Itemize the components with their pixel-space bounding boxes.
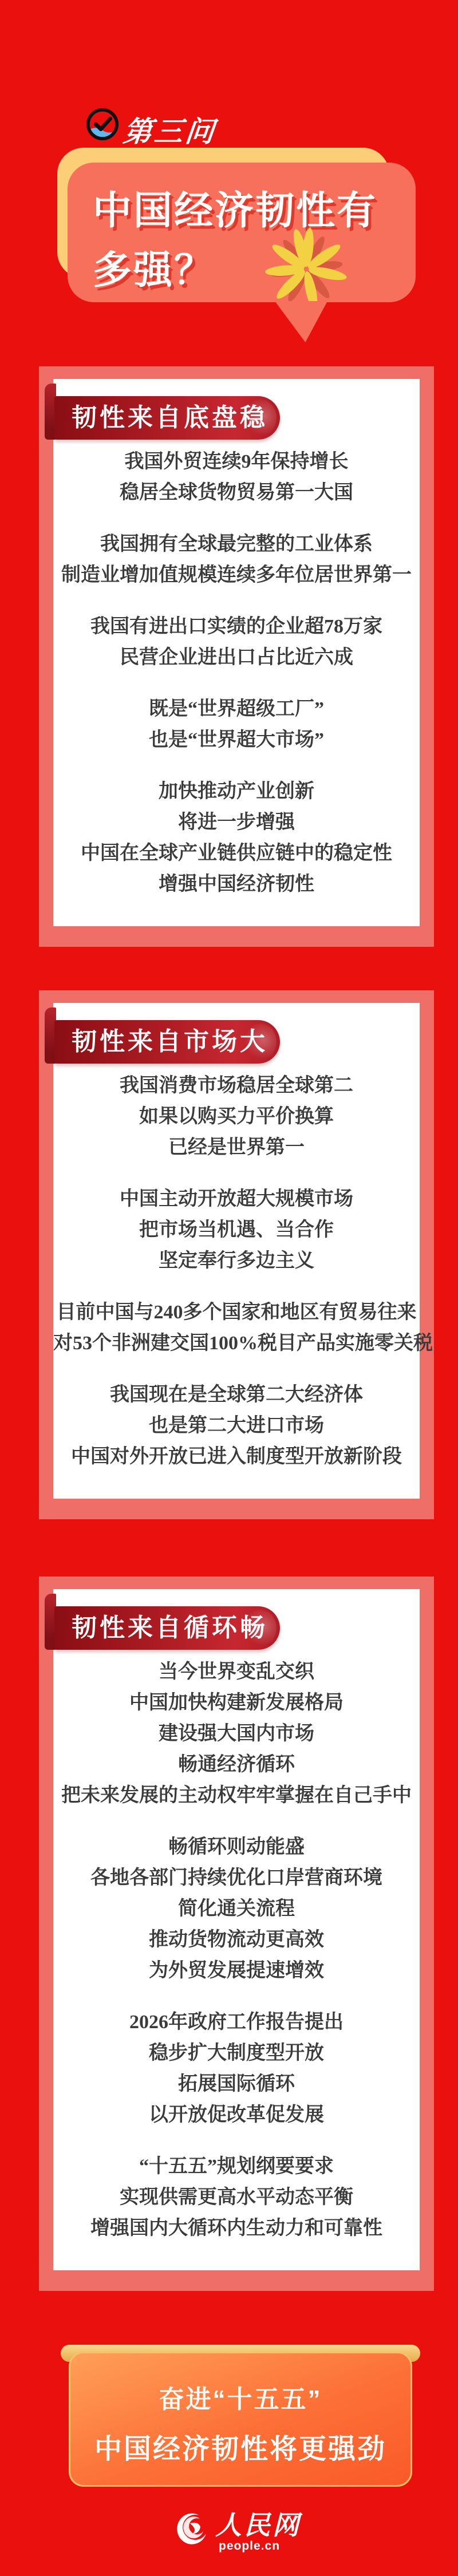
people-cn-logo: 人民网 people.cn: [173, 2511, 301, 2553]
text-group: 我国消费市场稳居全球第二如果以购买力平价换算已经是世界第一: [53, 1070, 420, 1163]
logo-text-block: 人民网 people.cn: [215, 2511, 301, 2553]
text-group: 我国外贸连续9年保持增长稳居全球货物贸易第一大国: [53, 447, 420, 508]
card-header-label: 韧性来自市场大: [72, 1020, 268, 1064]
text-line: 推动货物流动更高效: [53, 1925, 420, 1955]
text-line: 将进一步增强: [53, 807, 420, 838]
card-header-ribbon: 韧性来自循环畅: [54, 1606, 280, 1650]
text-line: 中国在全球产业链供应链中的稳定性: [53, 838, 420, 869]
page-title-line2: 多强？: [93, 239, 215, 295]
text-line: 各地各部门持续优化口岸营商环境: [53, 1863, 420, 1894]
text-group: 加快推动产业创新将进一步增强中国在全球产业链供应链中的稳定性增强中国经济韧性: [53, 776, 420, 900]
text-group: 既是“世界超级工厂”也是“世界超大市场”: [53, 694, 420, 756]
text-line: 我国消费市场稳居全球第二: [53, 1070, 420, 1101]
text-line: 简化通关流程: [53, 1894, 420, 1925]
text-group: 我国现在是全球第二大经济体也是第二大进口市场中国对外开放已进入制度型开放新阶段: [53, 1380, 420, 1472]
text-line: 实现供需更高水平动态平衡: [53, 2182, 420, 2213]
banner-line1: 奋进“十五五”: [70, 2379, 410, 2415]
text-group: 2026年政府工作报告提出稳步扩大制度型开放拓展国际循环以开放促改革促发展: [53, 2007, 420, 2131]
text-line: 畅循环则动能盛: [53, 1832, 420, 1863]
text-line: 以开放促改革促发展: [53, 2100, 420, 2131]
logo-brand-name: 人民网: [215, 2511, 301, 2539]
text-line: 增强中国经济韧性: [53, 869, 420, 900]
check-wave-icon: [86, 108, 119, 141]
text-line: 目前中国与240多个国家和地区有贸易往来: [53, 1297, 420, 1328]
text-line: “十五五”规划纲要要求: [53, 2151, 420, 2182]
conclusion-banner: 奋进“十五五” 中国经济韧性将更强劲: [69, 2352, 412, 2487]
card-resilience-foundation: 韧性来自底盘稳 我国外贸连续9年保持增长稳居全球货物贸易第一大国我国拥有全球最完…: [39, 366, 434, 947]
text-line: 我国外贸连续9年保持增长: [53, 447, 420, 477]
card-body: 我国外贸连续9年保持增长稳居全球货物贸易第一大国我国拥有全球最完整的工业体系制造…: [53, 447, 420, 900]
text-line: 稳步扩大制度型开放: [53, 2038, 420, 2069]
text-line: 拓展国际循环: [53, 2069, 420, 2100]
text-line: 把未来发展的主动权牢牢掌握在自己手中: [53, 1780, 420, 1811]
people-cn-logo-icon: [173, 2511, 210, 2549]
text-group: 目前中国与240多个国家和地区有贸易往来对53个非洲建交国100%税目产品实施零…: [53, 1297, 420, 1359]
speech-bubble-tail: [275, 301, 327, 342]
card-body: 当今世界变乱交织中国加快构建新发展格局建设强大国内市场畅通经济循环把未来发展的主…: [53, 1657, 420, 2244]
text-line: 畅通经济循环: [53, 1749, 420, 1780]
text-line: 2026年政府工作报告提出: [53, 2007, 420, 2038]
text-line: 中国主动开放超大规模市场: [53, 1184, 420, 1215]
text-line: 也是第二大进口市场: [53, 1411, 420, 1441]
title-card: 中国经济韧性有 多强？: [68, 163, 416, 302]
text-group: 我国有进出口实绩的企业超78万家民营企业进出口占比近六成: [53, 611, 420, 673]
text-line: 如果以购买力平价换算: [53, 1101, 420, 1132]
card-header-label: 韧性来自底盘稳: [72, 396, 268, 440]
text-group: 中国主动开放超大规模市场把市场当机遇、当合作坚定奉行多边主义: [53, 1184, 420, 1277]
text-line: 把市场当机遇、当合作: [53, 1215, 420, 1246]
card-resilience-circulation: 韧性来自循环畅 当今世界变乱交织中国加快构建新发展格局建设强大国内市场畅通经济循…: [39, 1577, 434, 2291]
text-line: 民营企业进出口占比近六成: [53, 642, 420, 673]
text-line: 当今世界变乱交织: [53, 1657, 420, 1688]
text-line: 中国加快构建新发展格局: [53, 1688, 420, 1718]
infographic-poster: 第三问 中国经济韧性有 多强？: [0, 0, 458, 2576]
text-line: 既是“世界超级工厂”: [53, 694, 420, 725]
text-line: 建设强大国内市场: [53, 1718, 420, 1749]
flower-icon: [260, 228, 352, 301]
logo-domain: people.cn: [219, 2539, 301, 2553]
text-line: 为外贸发展提速增效: [53, 1955, 420, 1986]
text-line: 我国有进出口实绩的企业超78万家: [53, 611, 420, 642]
card-header-label: 韧性来自循环畅: [72, 1606, 268, 1650]
text-line: 稳居全球货物贸易第一大国: [53, 477, 420, 508]
text-group: 当今世界变乱交织中国加快构建新发展格局建设强大国内市场畅通经济循环把未来发展的主…: [53, 1657, 420, 1811]
text-line: 坚定奉行多边主义: [53, 1246, 420, 1277]
card-body: 我国消费市场稳居全球第二如果以购买力平价换算已经是世界第一中国主动开放超大规模市…: [53, 1070, 420, 1472]
card-resilience-market: 韧性来自市场大 我国消费市场稳居全球第二如果以购买力平价换算已经是世界第一中国主…: [39, 990, 434, 1519]
section-badge-label: 第三问: [121, 109, 219, 150]
text-line: 也是“世界超大市场”: [53, 725, 420, 756]
text-group: 我国拥有全球最完整的工业体系制造业增加值规模连续多年位居世界第一: [53, 529, 420, 591]
text-line: 中国对外开放已进入制度型开放新阶段: [53, 1441, 420, 1472]
page-title-line1: 中国经济韧性有: [93, 180, 377, 235]
text-line: 已经是世界第一: [53, 1132, 420, 1163]
text-group: “十五五”规划纲要要求实现供需更高水平动态平衡增强国内大循环内生动力和可靠性: [53, 2151, 420, 2244]
text-line: 对53个非洲建交国100%税目产品实施零关税: [53, 1328, 420, 1359]
banner-line2: 中国经济韧性将更强劲: [70, 2427, 410, 2466]
card-header-ribbon: 韧性来自市场大: [54, 1020, 280, 1064]
text-line: 加快推动产业创新: [53, 776, 420, 807]
text-line: 我国现在是全球第二大经济体: [53, 1380, 420, 1411]
text-line: 我国拥有全球最完整的工业体系: [53, 529, 420, 560]
text-line: 增强国内大循环内生动力和可靠性: [53, 2213, 420, 2244]
text-group: 畅循环则动能盛各地各部门持续优化口岸营商环境简化通关流程推动货物流动更高效为外贸…: [53, 1832, 420, 1986]
card-header-ribbon: 韧性来自底盘稳: [54, 396, 280, 440]
text-line: 制造业增加值规模连续多年位居世界第一: [53, 560, 420, 591]
